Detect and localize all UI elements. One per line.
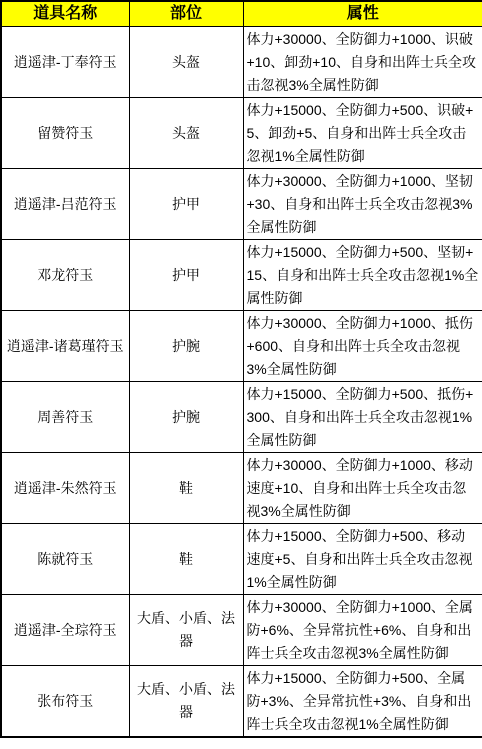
table-header-row: 道具名称 部位 属性 (1, 1, 482, 27)
table-row: 周善符玉护腕体力+15000、全防御力+500、抵伤+300、自身和出阵士兵全攻… (1, 382, 482, 453)
attributes-cell: 体力+30000、全防御力+1000、移动速度+10、自身和出阵士兵全攻击忽视3… (243, 453, 482, 524)
slot-cell: 鞋 (129, 524, 243, 595)
attributes-cell: 体力+15000、全防御力+500、全属防+3%、全异常抗性+3%、自身和出阵士… (243, 666, 482, 738)
table-row: 逍遥津-诸葛瑾符玉护腕体力+30000、全防御力+1000、抵伤+600、自身和… (1, 311, 482, 382)
table-row: 逍遥津-丁奉符玉头盔体力+30000、全防御力+1000、识破+10、卸劲+10… (1, 27, 482, 98)
item-name-cell: 逍遥津-朱然符玉 (1, 453, 129, 524)
table-row: 逍遥津-全琮符玉大盾、小盾、法器体力+30000、全防御力+1000、全属防+6… (1, 595, 482, 666)
slot-cell: 护腕 (129, 382, 243, 453)
attributes-cell: 体力+30000、全防御力+1000、全属防+6%、全异常抗性+6%、自身和出阵… (243, 595, 482, 666)
item-name-cell: 逍遥津-诸葛瑾符玉 (1, 311, 129, 382)
item-name-cell: 邓龙符玉 (1, 240, 129, 311)
item-name-cell: 张布符玉 (1, 666, 129, 738)
table-body: 逍遥津-丁奉符玉头盔体力+30000、全防御力+1000、识破+10、卸劲+10… (1, 27, 482, 738)
item-name-cell: 逍遥津-吕范符玉 (1, 169, 129, 240)
slot-cell: 大盾、小盾、法器 (129, 666, 243, 738)
attributes-cell: 体力+15000、全防御力+500、抵伤+300、自身和出阵士兵全攻击忽视1%全… (243, 382, 482, 453)
table-row: 逍遥津-吕范符玉护甲体力+30000、全防御力+1000、坚韧+30、自身和出阵… (1, 169, 482, 240)
item-attribute-table: 道具名称 部位 属性 逍遥津-丁奉符玉头盔体力+30000、全防御力+1000、… (0, 0, 482, 738)
attributes-cell: 体力+30000、全防御力+1000、抵伤+600、自身和出阵士兵全攻击忽视3%… (243, 311, 482, 382)
table-row: 留赞符玉头盔体力+15000、全防御力+500、识破+5、卸劲+5、自身和出阵士… (1, 98, 482, 169)
table-row: 陈就符玉鞋体力+15000、全防御力+500、移动速度+5、自身和出阵士兵全攻击… (1, 524, 482, 595)
slot-cell: 头盔 (129, 27, 243, 98)
item-name-cell: 留赞符玉 (1, 98, 129, 169)
column-header-slot: 部位 (129, 1, 243, 27)
item-name-cell: 逍遥津-丁奉符玉 (1, 27, 129, 98)
attributes-cell: 体力+30000、全防御力+1000、识破+10、卸劲+10、自身和出阵士兵全攻… (243, 27, 482, 98)
attributes-cell: 体力+15000、全防御力+500、坚韧+15、自身和出阵士兵全攻击忽视1%全属… (243, 240, 482, 311)
attributes-cell: 体力+15000、全防御力+500、移动速度+5、自身和出阵士兵全攻击忽视1%全… (243, 524, 482, 595)
item-name-cell: 陈就符玉 (1, 524, 129, 595)
column-header-item-name: 道具名称 (1, 1, 129, 27)
table-row: 张布符玉大盾、小盾、法器体力+15000、全防御力+500、全属防+3%、全异常… (1, 666, 482, 738)
slot-cell: 护腕 (129, 311, 243, 382)
table-row: 逍遥津-朱然符玉鞋体力+30000、全防御力+1000、移动速度+10、自身和出… (1, 453, 482, 524)
slot-cell: 大盾、小盾、法器 (129, 595, 243, 666)
slot-cell: 头盔 (129, 98, 243, 169)
item-name-cell: 周善符玉 (1, 382, 129, 453)
slot-cell: 护甲 (129, 169, 243, 240)
attributes-cell: 体力+15000、全防御力+500、识破+5、卸劲+5、自身和出阵士兵全攻击忽视… (243, 98, 482, 169)
column-header-attributes: 属性 (243, 1, 482, 27)
slot-cell: 鞋 (129, 453, 243, 524)
slot-cell: 护甲 (129, 240, 243, 311)
item-name-cell: 逍遥津-全琮符玉 (1, 595, 129, 666)
attributes-cell: 体力+30000、全防御力+1000、坚韧+30、自身和出阵士兵全攻击忽视3%全… (243, 169, 482, 240)
table-row: 邓龙符玉护甲体力+15000、全防御力+500、坚韧+15、自身和出阵士兵全攻击… (1, 240, 482, 311)
